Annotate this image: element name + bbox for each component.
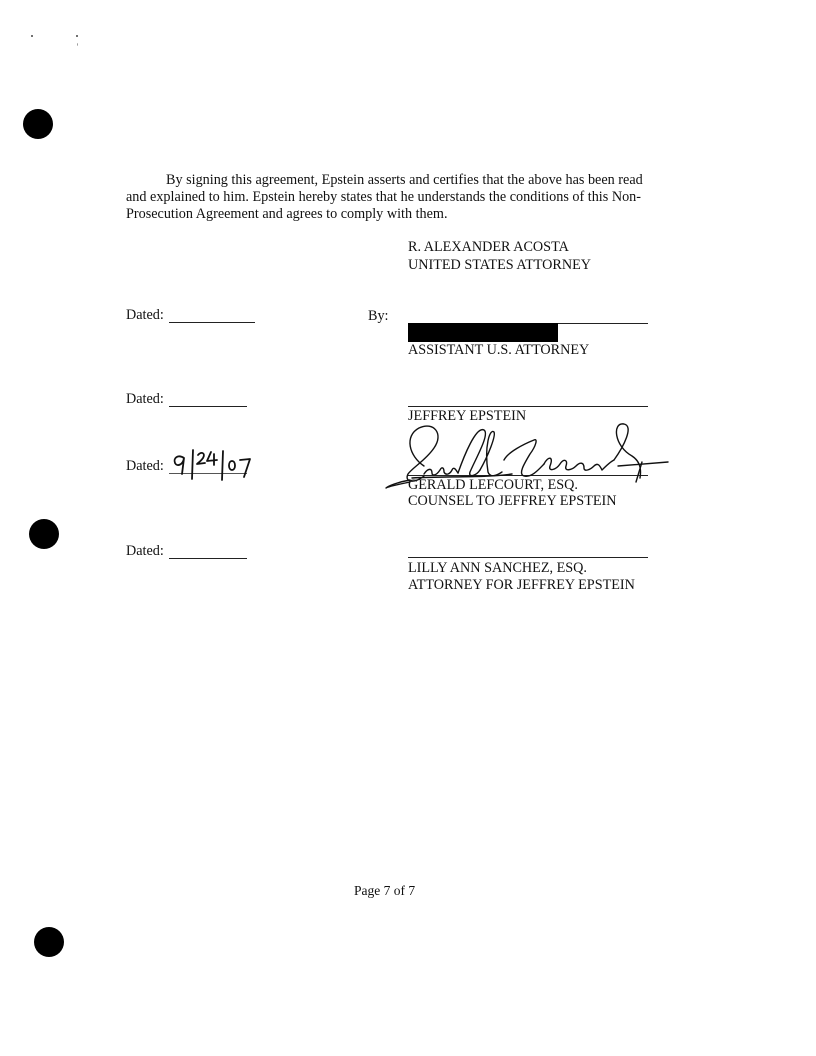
redaction-box: [408, 323, 558, 342]
us-attorney-title: UNITED STATES ATTORNEY: [408, 257, 591, 274]
signature-line-sanchez[interactable]: [408, 557, 648, 558]
date-line-2[interactable]: [169, 406, 247, 407]
dated-label-2: Dated:: [126, 391, 164, 408]
lefcourt-name: GERALD LEFCOURT, ESQ.: [408, 477, 578, 494]
scan-speck: [77, 43, 78, 46]
punch-hole-top: [23, 109, 53, 139]
date-line-4[interactable]: [169, 558, 247, 559]
punch-hole-middle: [29, 519, 59, 549]
scan-speck: [76, 35, 78, 37]
date-line-1[interactable]: [169, 322, 255, 323]
ausa-title: ASSISTANT U.S. ATTORNEY: [408, 342, 589, 359]
handwritten-date: [168, 446, 268, 486]
sanchez-title: ATTORNEY FOR JEFFREY EPSTEIN: [408, 577, 635, 594]
certification-paragraph: By signing this agreement, Epstein asser…: [126, 172, 656, 224]
paragraph-line: Prosecution Agreement and agrees to comp…: [126, 206, 656, 223]
paragraph-line: By signing this agreement, Epstein asser…: [126, 172, 656, 189]
dated-label-1: Dated:: [126, 307, 164, 324]
scan-speck: [31, 35, 33, 37]
punch-hole-bottom: [34, 927, 64, 957]
sanchez-name: LILLY ANN SANCHEZ, ESQ.: [408, 560, 587, 577]
dated-label-4: Dated:: [126, 543, 164, 560]
by-label: By:: [368, 308, 389, 325]
dated-label-3: Dated:: [126, 458, 164, 475]
paragraph-line: and explained to him. Epstein hereby sta…: [126, 189, 656, 206]
page-number: Page 7 of 7: [354, 882, 415, 899]
signature-line-epstein[interactable]: [408, 406, 648, 407]
lefcourt-title: COUNSEL TO JEFFREY EPSTEIN: [408, 493, 617, 510]
us-attorney-name: R. ALEXANDER ACOSTA: [408, 239, 569, 256]
